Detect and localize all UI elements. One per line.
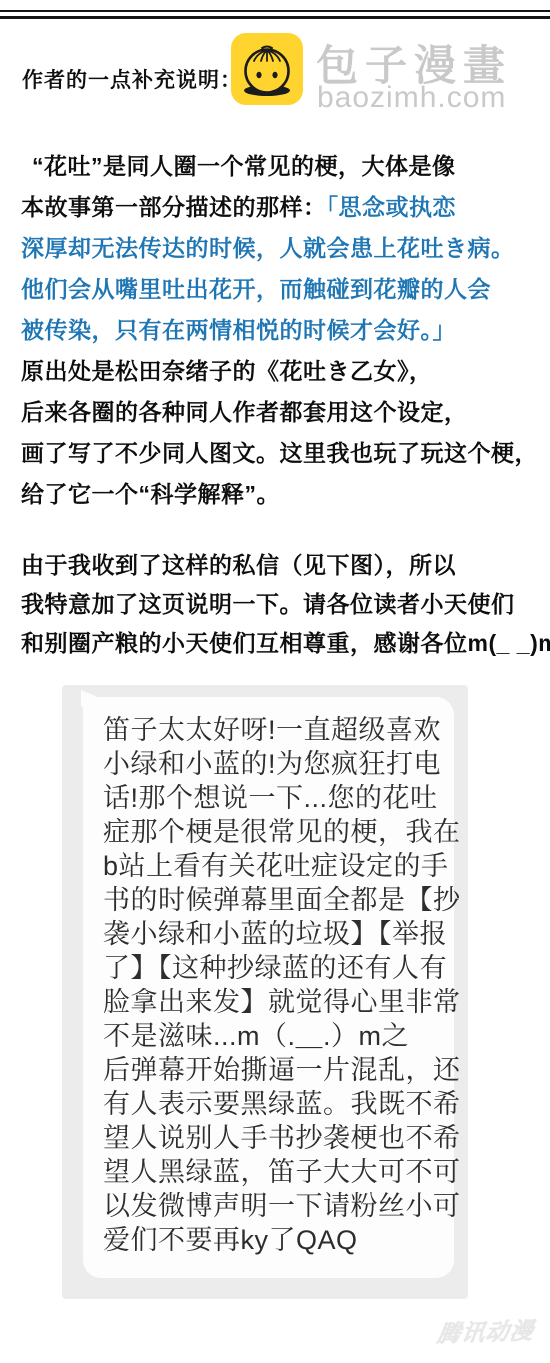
text-line: 笛子太太好呀!一直超级喜欢 xyxy=(103,713,434,747)
text-line: “花吐”是同人圈一个常见的梗，大体是像 xyxy=(21,146,538,187)
text-line: 深厚却无法传达的时候，人就会患上花吐き病。 xyxy=(21,228,538,269)
text-line: 我特意加了这页说明一下。请各位读者小天使们 xyxy=(21,585,550,624)
baozi-bun-logo-icon xyxy=(231,33,303,105)
text-line: 后来各圈的各种同人作者都套用这个设定， xyxy=(21,392,538,433)
quote-segment-blue: 「思念或执恋 xyxy=(327,194,457,220)
blue-quote-lines: 深厚却无法传达的时候，人就会患上花吐き病。他们会从嘴里吐出花开，而触碰到花瓣的人… xyxy=(21,228,538,351)
text-line: 原出处是松田奈绪子的《花吐き乙女》， xyxy=(21,351,538,392)
text-line: 给了它一个“科学解释”。 xyxy=(21,474,538,515)
tencent-comics-watermark: 腾讯动漫 xyxy=(435,1312,536,1348)
text-line: 不是滋味...m（.＿.）m之 xyxy=(103,1019,434,1053)
text-line: 了】【这种抄绿蓝的还有人有 xyxy=(103,951,434,985)
text-line: 有人表示要黑绿蓝。我既不希 xyxy=(103,1087,434,1121)
text-line: 爱们不要再ky了QAQ xyxy=(103,1223,434,1257)
text-line: 小绿和小蓝的!为您疯狂打电 xyxy=(103,747,434,781)
text-line: 他们会从嘴里吐出花开，而触碰到花瓣的人会 xyxy=(21,269,538,310)
text-line: 袭小绿和小蓝的垃圾】【举报 xyxy=(103,917,434,951)
text-line: 脸拿出来发】就觉得心里非常 xyxy=(103,985,434,1019)
text-line: 话!那个想说一下...您的花吐 xyxy=(103,781,434,815)
panel-border-line-thick xyxy=(0,16,550,19)
note-paragraph: 由于我收到了这样的私信（见下图），所以我特意加了这页说明一下。请各位读者小天使们… xyxy=(21,546,550,663)
text-line: 望人说别人手书抄袭梗也不希 xyxy=(103,1121,434,1155)
text-line: 被传染，只有在两情相悦的时候才会好。」 xyxy=(21,310,538,351)
text-line: 望人黑绿蓝，笛子大大可不可 xyxy=(103,1155,434,1189)
chat-screenshot: 笛子太太好呀!一直超级喜欢小绿和小蓝的!为您疯狂打电话!那个想说一下...您的花… xyxy=(62,685,468,1299)
intro-tail-lines: 原出处是松田奈绪子的《花吐き乙女》，后来各圈的各种同人作者都套用这个设定，画了写… xyxy=(21,351,538,515)
message-bubble: 笛子太太好呀!一直超级喜欢小绿和小蓝的!为您疯狂打电话!那个想说一下...您的花… xyxy=(83,697,454,1278)
text-line: 后弹幕开始撕逼一片混乱，还 xyxy=(103,1053,434,1087)
text-line: 本故事第一部分描述的那样：「思念或执恋 xyxy=(21,187,538,228)
intro-paragraph: “花吐”是同人圈一个常见的梗，大体是像 本故事第一部分描述的那样：「思念或执恋 … xyxy=(21,146,538,515)
watermark-brand-url: baozimh.com xyxy=(317,81,506,115)
text-line: 和别圈产粮的小天使们互相尊重，感谢各位m(_ _)m xyxy=(21,624,550,663)
text-line: 书的时候弹幕里面全都是【抄 xyxy=(103,883,434,917)
text-line: 症那个梗是很常见的梗，我在 xyxy=(103,815,434,849)
text-segment: 本故事第一部分描述的那样： xyxy=(21,194,327,220)
text-line: 以发微博声明一下请粉丝小可 xyxy=(103,1189,434,1223)
text-line: 由于我收到了这样的私信（见下图），所以 xyxy=(21,546,550,585)
comic-author-note-page: 作者的一点补充说明： 包子漫畫 baozimh.com “花吐”是同人圈一个常见… xyxy=(0,0,550,1363)
panel-border-line-thin xyxy=(0,10,550,12)
page-title: 作者的一点补充说明： xyxy=(22,64,242,94)
text-line: b站上看有关花吐症设定的手 xyxy=(103,849,434,883)
text-line: 画了写了不少同人图文。这里我也玩了玩这个梗， xyxy=(21,433,538,474)
